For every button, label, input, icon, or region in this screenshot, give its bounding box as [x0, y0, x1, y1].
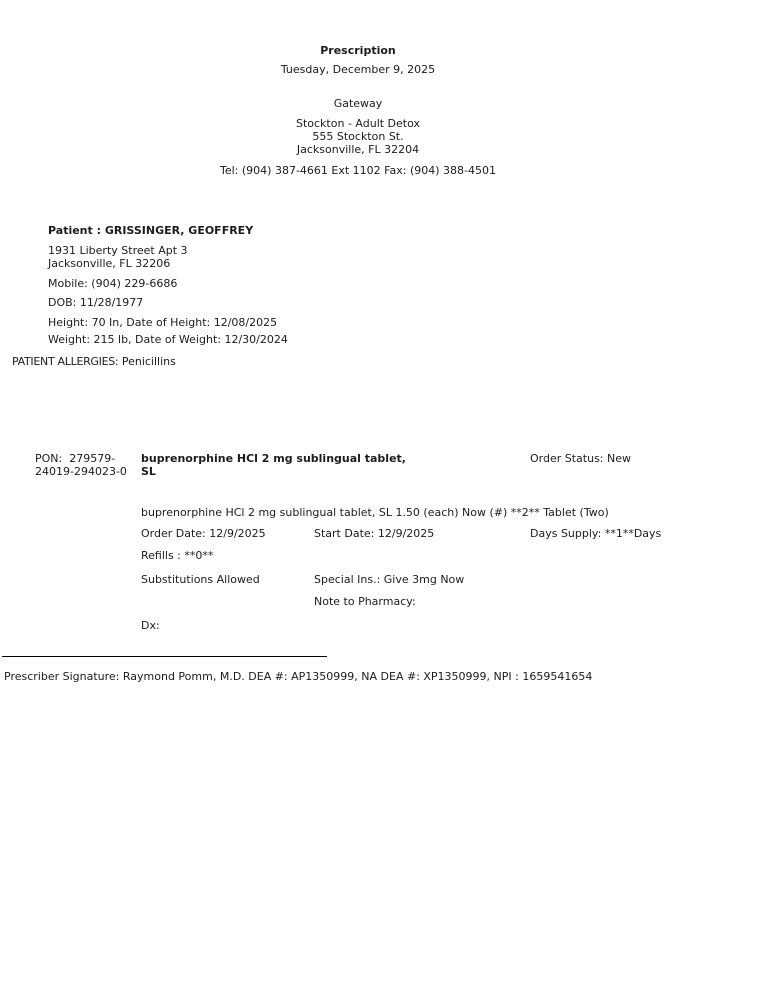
patient-name: Patient : GRISSINGER, GEOFFREY	[48, 224, 253, 237]
allergies-label: PATIENT ALLERGIES:	[12, 355, 118, 368]
patient-address-line2: Jacksonville, FL 32206	[48, 257, 188, 270]
pon-line2: 24019-294023-0	[35, 465, 127, 478]
days-supply: Days Supply: **1**Days	[530, 527, 661, 540]
facility-street: 555 Stockton St.	[0, 130, 716, 143]
patient-address-line1: 1931 Liberty Street Apt 3	[48, 244, 188, 257]
drug-name-line2: SL	[141, 465, 406, 478]
signature-line	[2, 656, 327, 657]
facility-city: Jacksonville, FL 32204	[0, 143, 716, 156]
prescriber-signature: Prescriber Signature: Raymond Pomm, M.D.…	[4, 670, 592, 683]
facility-contact: Tel: (904) 387-4661 Ext 1102 Fax: (904) …	[0, 164, 716, 177]
prescription-date: Tuesday, December 9, 2025	[0, 63, 716, 76]
order-status: Order Status: New	[530, 452, 631, 465]
allergies-value: Penicillins	[122, 355, 176, 368]
drug-name: buprenorphine HCl 2 mg sublingual tablet…	[141, 452, 406, 478]
pon-line1: PON: 279579-	[35, 452, 127, 465]
order-date: Order Date: 12/9/2025	[141, 527, 266, 540]
facility-name: Stockton - Adult Detox	[0, 117, 716, 130]
pon-number: PON: 279579- 24019-294023-0	[35, 452, 127, 478]
organization-name: Gateway	[0, 97, 716, 110]
substitutions: Substitutions Allowed	[141, 573, 260, 586]
patient-mobile: Mobile: (904) 229-6686	[48, 277, 177, 290]
patient-address: 1931 Liberty Street Apt 3 Jacksonville, …	[48, 244, 188, 270]
patient-allergies: PATIENT ALLERGIES: Penicillins	[12, 355, 176, 368]
start-date: Start Date: 12/9/2025	[314, 527, 434, 540]
diagnosis: Dx:	[141, 619, 160, 632]
document-title: Prescription	[0, 44, 716, 57]
special-instructions: Special Ins.: Give 3mg Now	[314, 573, 464, 586]
drug-sig: buprenorphine HCl 2 mg sublingual tablet…	[141, 506, 609, 519]
patient-dob: DOB: 11/28/1977	[48, 296, 143, 309]
patient-height: Height: 70 In, Date of Height: 12/08/202…	[48, 316, 277, 329]
patient-weight: Weight: 215 lb, Date of Weight: 12/30/20…	[48, 333, 288, 346]
drug-name-line1: buprenorphine HCl 2 mg sublingual tablet…	[141, 452, 406, 465]
note-to-pharmacy: Note to Pharmacy:	[314, 595, 416, 608]
facility-address: Stockton - Adult Detox 555 Stockton St. …	[0, 117, 716, 156]
refills: Refills : **0**	[141, 549, 213, 562]
